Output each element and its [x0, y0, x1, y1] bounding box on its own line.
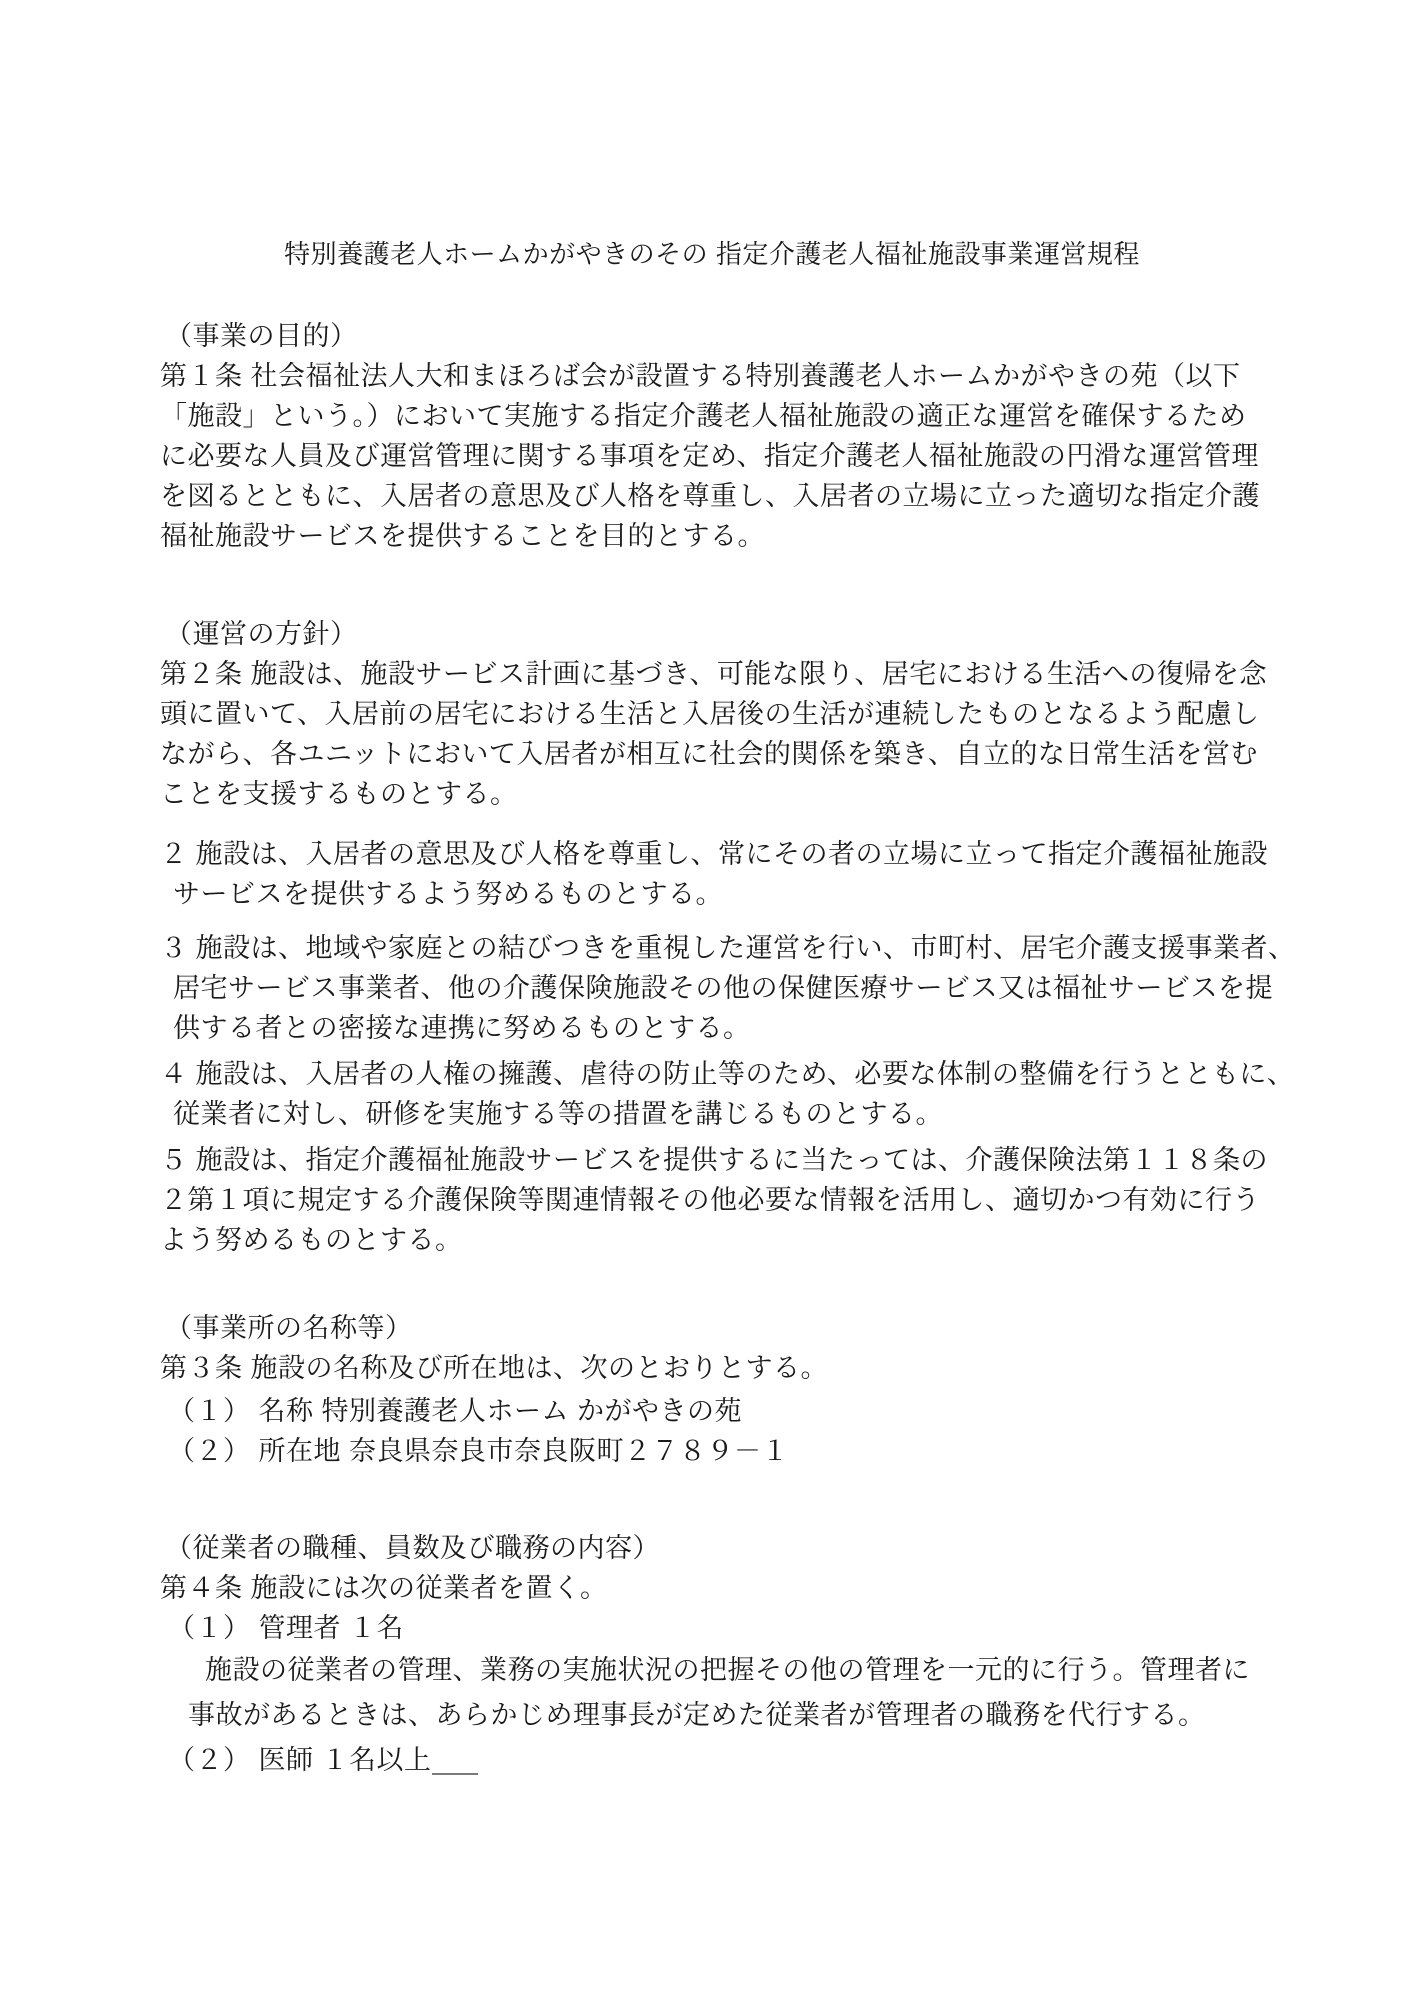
document-line: よう努めるものとする。 [160, 1220, 1264, 1260]
document-line-text: （２） 医師 １名以上 [168, 1745, 432, 1775]
document-line: を図るとともに、入居者の意思及び人格を尊重し、入居者の立場に立った適切な指定介護 [160, 476, 1264, 516]
underline-blank [432, 1767, 478, 1775]
document-line: 第１条 社会福祉法人大和まほろば会が設置する特別養護老人ホームかがやきの苑（以下 [160, 356, 1264, 396]
document-line: ４ 施設は、入居者の人権の擁護、虐待の防止等のため、必要な体制の整備を行うととも… [160, 1054, 1264, 1094]
document-title: 特別養護老人ホームかがやきのその 指定介護老人福祉施設事業運営規程 [160, 234, 1264, 274]
document-page: 特別養護老人ホームかがやきのその 指定介護老人福祉施設事業運営規程 （事業の目的… [0, 0, 1414, 2000]
document-line: ながら、各ユニットにおいて入居者が相互に社会的関係を築き、自立的な日常生活を営む [160, 734, 1264, 774]
document-line: 第３条 施設の名称及び所在地は、次のとおりとする。 [160, 1348, 1264, 1388]
article-2: 第２条 施設は、施設サービス計画に基づき、可能な限り、居宅における生活への復帰を… [160, 654, 1264, 814]
article-3-item-2: （２） 所在地 奈良県奈良市奈良阪町２７８９－１ [160, 1431, 1264, 1471]
document-line: ５ 施設は、指定介護福祉施設サービスを提供するに当たっては、介護保険法第１１８条… [160, 1140, 1264, 1180]
section-heading-purpose: （事業の目的） [160, 316, 1264, 356]
document-line: （１） 名称 特別養護老人ホーム かがやきの苑 [160, 1391, 1264, 1431]
document-line: サービスを提供するよう努めるものとする。 [160, 874, 1264, 914]
document-line: 従業者に対し、研修を実施する等の措置を講じるものとする。 [160, 1094, 1264, 1134]
document-line: 事故があるときは、あらかじめ理事長が定めた従業者が管理者の職務を代行する。 [160, 1693, 1264, 1738]
section-heading-name-location: （事業所の名称等） [160, 1308, 1264, 1348]
document-line: ２ 施設は、入居者の意思及び人格を尊重し、常にその者の立場に立って指定介護福祉施… [160, 834, 1264, 874]
document-line: ３ 施設は、地域や家庭との結びつきを重視した運営を行い、市町村、居宅介護支援事業… [160, 928, 1264, 968]
section-heading-policy: （運営の方針） [160, 614, 1264, 654]
article-4-item-1: （１） 管理者 １名 [160, 1608, 1264, 1648]
document-line: 居宅サービス事業者、他の介護保険施設その他の保健医療サービス又は福祉サービスを提 [160, 968, 1264, 1008]
document-line: 頭に置いて、入居前の居宅における生活と入居後の生活が連続したものとなるよう配慮し [160, 694, 1264, 734]
article-1: 第１条 社会福祉法人大和まほろば会が設置する特別養護老人ホームかがやきの苑（以下… [160, 356, 1264, 556]
document-line: ２第１項に規定する介護保険等関連情報その他必要な情報を活用し、適切かつ有効に行う [160, 1180, 1264, 1220]
section-heading-staff: （従業者の職種、員数及び職務の内容） [160, 1528, 1264, 1568]
document-content: 特別養護老人ホームかがやきのその 指定介護老人福祉施設事業運営規程 （事業の目的… [0, 0, 1414, 1780]
article-4-item-2: （２） 医師 １名以上 [160, 1740, 1264, 1780]
document-line: （２） 医師 １名以上 [160, 1740, 1264, 1780]
document-line: 「施設」という。）において実施する指定介護老人福祉施設の適正な運営を確保するため [160, 396, 1264, 436]
article-2-item-5: ５ 施設は、指定介護福祉施設サービスを提供するに当たっては、介護保険法第１１８条… [160, 1140, 1264, 1260]
article-2-item-2: ２ 施設は、入居者の意思及び人格を尊重し、常にその者の立場に立って指定介護福祉施… [160, 834, 1264, 914]
article-2-item-4: ４ 施設は、入居者の人権の擁護、虐待の防止等のため、必要な体制の整備を行うととも… [160, 1054, 1264, 1134]
document-line: 供する者との密接な連携に努めるものとする。 [160, 1008, 1264, 1048]
document-line: （２） 所在地 奈良県奈良市奈良阪町２７８９－１ [160, 1431, 1264, 1471]
article-3: 第３条 施設の名称及び所在地は、次のとおりとする。 [160, 1348, 1264, 1388]
article-4-item-1-description: 施設の従業者の管理、業務の実施状況の把握その他の管理を一元的に行う。管理者に 事… [160, 1648, 1264, 1738]
document-line: （１） 管理者 １名 [160, 1608, 1264, 1648]
article-3-item-1: （１） 名称 特別養護老人ホーム かがやきの苑 [160, 1391, 1264, 1431]
document-line: ことを支援するものとする。 [160, 774, 1264, 814]
document-line: に必要な人員及び運営管理に関する事項を定め、指定介護老人福祉施設の円滑な運営管理 [160, 436, 1264, 476]
document-line: 福祉施設サービスを提供することを目的とする。 [160, 516, 1264, 556]
article-2-item-3: ３ 施設は、地域や家庭との結びつきを重視した運営を行い、市町村、居宅介護支援事業… [160, 928, 1264, 1048]
article-4: 第４条 施設には次の従業者を置く。 [160, 1568, 1264, 1608]
document-line: 第２条 施設は、施設サービス計画に基づき、可能な限り、居宅における生活への復帰を… [160, 654, 1264, 694]
document-line: 施設の従業者の管理、業務の実施状況の把握その他の管理を一元的に行う。管理者に [160, 1648, 1264, 1693]
document-line: 第４条 施設には次の従業者を置く。 [160, 1568, 1264, 1608]
